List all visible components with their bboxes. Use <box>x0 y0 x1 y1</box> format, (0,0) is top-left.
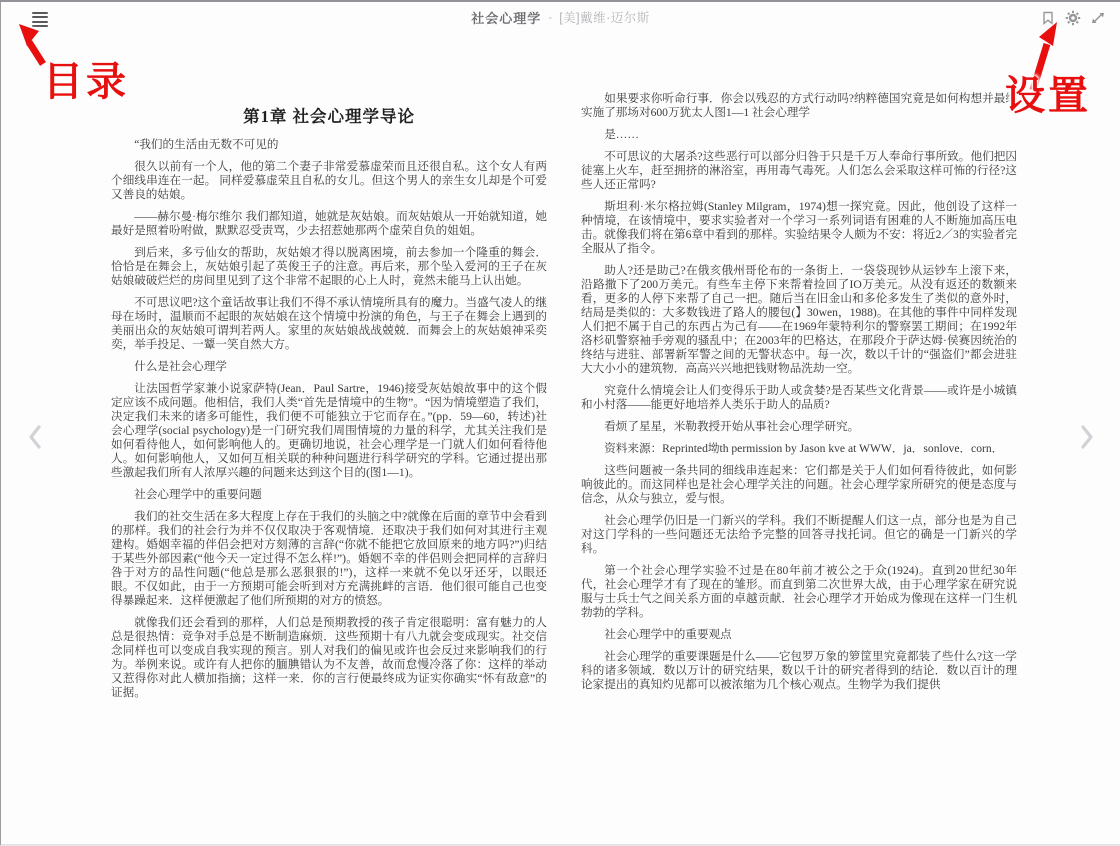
title-separator: - <box>548 10 552 24</box>
left-page: 第1章 社会心理学导论 “我们的生活由无数不可见的很久以前有一个人，他的第二个妻… <box>111 88 547 708</box>
paragraph: 是…… <box>581 128 1017 142</box>
paragraph: 助人?还是助己?在俄亥俄州哥伦布的一条街上．一袋袋现钞从运钞车上滚下来，沿路撒下… <box>581 264 1017 376</box>
paragraph: 到后来，多亏仙女的帮助，灰姑娘才得以脱离困境，前去参加一个隆重的舞会．恰恰是在舞… <box>111 246 547 288</box>
chapter-title: 第1章 社会心理学导论 <box>111 110 547 124</box>
paragraph: 社会心理学中的重要观点 <box>581 628 1017 642</box>
paragraph: 如果要求你听命行事．你会以残忍的方式行动吗?纳粹德国究竟是如何构想并最终实施了那… <box>581 92 1017 120</box>
settings-annotation-label: 设置 <box>1005 64 1091 121</box>
paragraph: 社会心理学中的重要问题 <box>111 488 547 502</box>
toolbar-right <box>1040 10 1106 26</box>
paragraph: 社会心理学的重要课题是什么——它包罗万象的箩筐里究竟都装了些什么?这一学科的诸多… <box>581 650 1017 692</box>
gear-icon[interactable] <box>1065 10 1081 26</box>
book-title: 社会心理学 <box>471 8 541 27</box>
paragraph: 究竟什么情境会让人们变得乐于助人或贪婪?是否某些文化背景——或许是小城镇和小村落… <box>581 384 1017 412</box>
reading-area: 第1章 社会心理学导论 “我们的生活由无数不可见的很久以前有一个人，他的第二个妻… <box>111 88 1017 708</box>
reader-window: 社会心理学 - [美]戴维·迈尔斯 <box>0 0 1120 846</box>
paragraph: 就像我们还会看到的那样，人们总是预期教授的孩子肯定很聪明：富有魅力的人总是很热情… <box>111 616 547 700</box>
fullscreen-expand-icon[interactable] <box>1090 10 1106 26</box>
right-page-body: 如果要求你听命行事．你会以残忍的方式行动吗?纳粹德国究竟是如何构想并最终实施了那… <box>581 92 1017 692</box>
menu-hamburger-icon[interactable] <box>32 12 48 27</box>
paragraph: 社会心理学仍旧是一门新兴的学科。我们不断提醒人们这一点，部分也是为自己对这门学科… <box>581 514 1017 556</box>
previous-page-chevron[interactable] <box>26 423 44 451</box>
book-author: [美]戴维·迈尔斯 <box>559 8 650 26</box>
paragraph: 很久以前有一个人，他的第二个妻子非常爱慕虚荣而且还很自私。这个女人有两个细线串连… <box>111 160 547 202</box>
next-page-chevron[interactable] <box>1078 423 1096 451</box>
paragraph: 资料来源：Reprinted坳th permission by Jason kv… <box>581 442 1017 456</box>
paragraph: 第一个社会心理学实验不过是在80年前才被公之于众(1924)。直到20世纪30年… <box>581 564 1017 620</box>
paragraph: 这些问题被一条共同的细线串连起来：它们都是关于人们如何看待彼此，如何影响彼此的。… <box>581 464 1017 506</box>
right-page: 如果要求你听命行事．你会以残忍的方式行动吗?纳粹德国究竟是如何构想并最终实施了那… <box>581 88 1017 708</box>
paragraph: ——赫尔曼·梅尔维尔 我们都知道，她就是灰姑娘。而灰姑娘从一开始就知道，她最好是… <box>111 210 547 238</box>
paragraph: 什么是社会心理学 <box>111 360 547 374</box>
paragraph: 看烦了星星，米勒教授开始从事社会心理学研究。 <box>581 420 1017 434</box>
paragraph: “我们的生活由无数不可见的 <box>111 138 547 152</box>
paragraph: 让法国哲学家兼小说家萨特(Jean．Paul Sartre，1946)接受灰姑娘… <box>111 382 547 480</box>
paragraph: 斯坦利·米尔格拉姆(Stanley Milgram，1974)想一探究竟。因此，… <box>581 200 1017 256</box>
titlebar: 社会心理学 - [美]戴维·迈尔斯 <box>1 2 1120 32</box>
bookmark-icon[interactable] <box>1040 10 1056 26</box>
paragraph: 我们的社交生活在多大程度上存在于我们的头脑之中?就像在后面的章节中会看到的那样。… <box>111 510 547 608</box>
paragraph: 不可思议吧?这个童话故事让我们不得不承认情境所具有的魔力。当盛气凌人的继母在场时… <box>111 296 547 352</box>
paragraph: 不可思议的大屠杀?这些恶行可以部分归咎于只是千万人奉命行事所致。他们把囚徒塞上火… <box>581 150 1017 192</box>
left-page-body: “我们的生活由无数不可见的很久以前有一个人，他的第二个妻子非常爱慕虚荣而且还很自… <box>111 138 547 700</box>
